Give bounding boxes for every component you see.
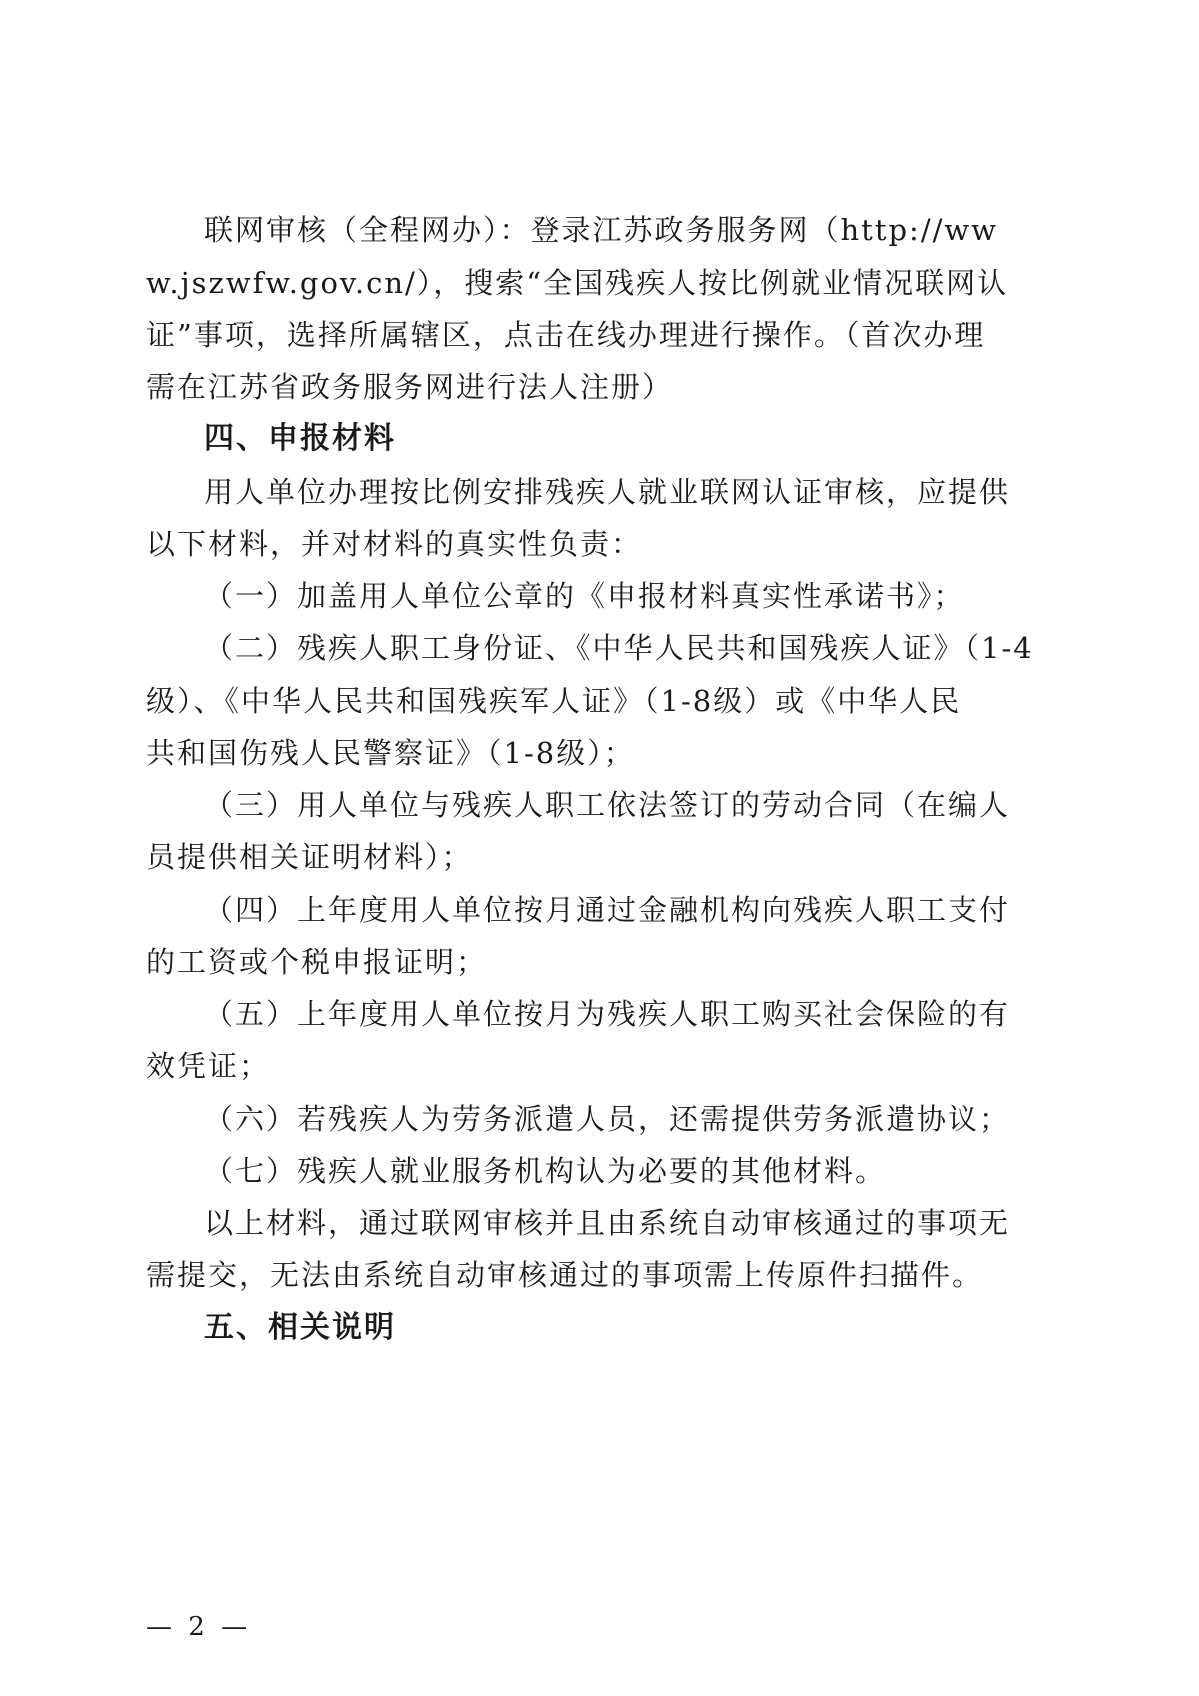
list-item: （四）上年度用人单位按月通过金融机构向残疾人职工支付 <box>204 890 1010 930</box>
paragraph-line: 以下材料，并对材料的真实性负责： <box>146 524 642 564</box>
list-item: （七）残疾人就业服务机构认为必要的其他材料。 <box>204 1151 886 1191</box>
paragraph-line: 效凭证； <box>146 1046 270 1086</box>
list-item: （五）上年度用人单位按月为残疾人职工购买社会保险的有 <box>204 994 1010 1034</box>
paragraph-line: 联网审核（全程网办）：登录江苏政务服务网（http://ww <box>204 210 998 250</box>
list-item: （三）用人单位与残疾人职工依法签订的劳动合同（在编人 <box>204 785 1010 825</box>
paragraph-line: 级）、《中华人民共和国残疾军人证》（1-8级）或《中华人民 <box>146 681 961 721</box>
paragraph-line: 需在江苏省政务服务网进行法人注册） <box>146 367 673 407</box>
section-heading: 四、申报材料 <box>204 419 396 459</box>
list-item: （六）若残疾人为劳务派遣人员，还需提供劳务派遣协议； <box>204 1099 1010 1139</box>
paragraph-line: 的工资或个税申报证明； <box>146 942 487 982</box>
page-number: — 2 — <box>146 1612 251 1642</box>
section-heading: 五、相关说明 <box>204 1308 396 1348</box>
paragraph-line: 需提交，无法由系统自动审核通过的事项需上传原件扫描件。 <box>146 1255 983 1295</box>
paragraph-line: 共和国伤残人民警察证》（1-8级）； <box>146 733 635 773</box>
paragraph-line: w.jszwfw.gov.cn/），搜索“全国残疾人按比例就业情况联网认 <box>146 263 1008 303</box>
paragraph-line: 员提供相关证明材料）； <box>146 837 473 877</box>
list-item: （二）残疾人职工身份证、《中华人民共和国残疾人证》（1-4 <box>204 628 1034 668</box>
list-item: （一）加盖用人单位公章的《申报材料真实性承诺书》； <box>204 576 965 616</box>
paragraph-line: 用人单位办理按比例安排残疾人就业联网认证审核，应提供 <box>204 472 1010 512</box>
paragraph-line: 证”事项，选择所属辖区，点击在线办理进行操作。（首次办理 <box>146 315 985 355</box>
paragraph-line: 以上材料，通过联网审核并且由系统自动审核通过的事项无 <box>204 1203 1010 1243</box>
